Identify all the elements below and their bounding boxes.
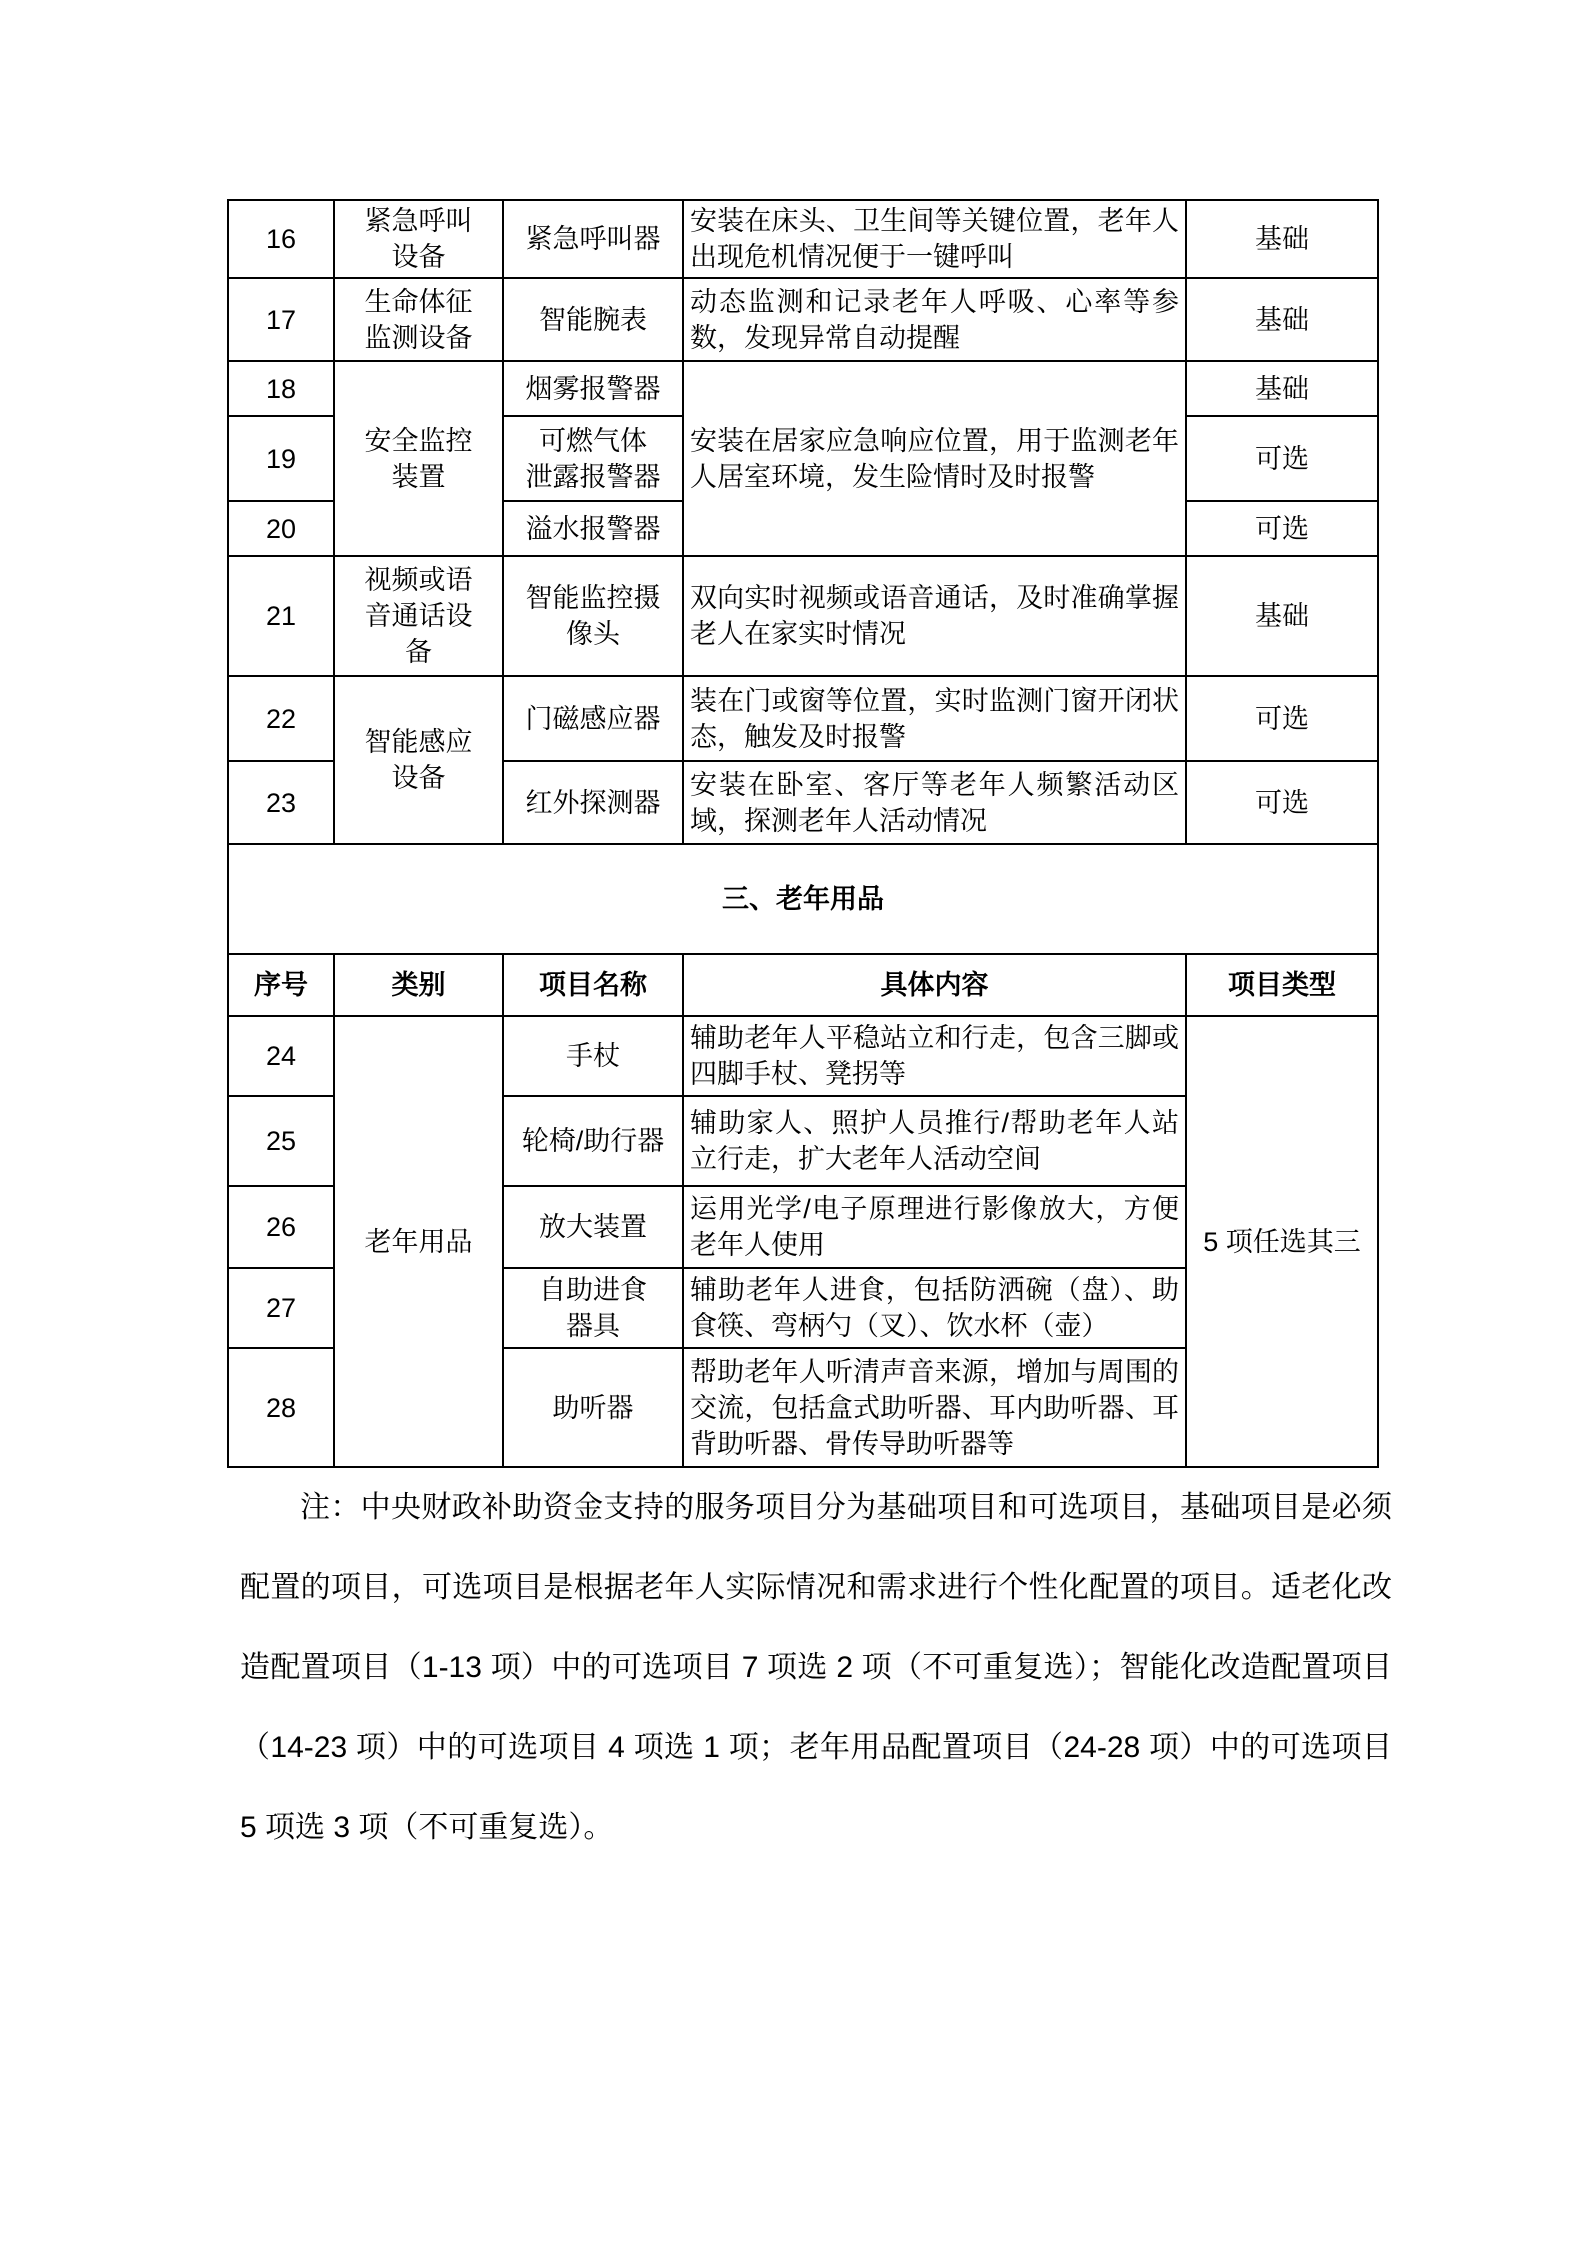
item-name-cell: 智能监控摄 像头 (503, 556, 683, 676)
document-page: 16 紧急呼叫 设备 紧急呼叫器 安装在床头、卫生间等关键位置，老年人出现危机情… (0, 0, 1587, 2245)
serial-cell: 25 (228, 1096, 334, 1186)
type-cell: 可选 (1186, 761, 1378, 844)
content-cell: 辅助家人、照护人员推行/帮助老年人站立行走，扩大老年人活动空间 (683, 1096, 1186, 1186)
table-row-21: 21 视频或语 音通话设 备 智能监控摄 像头 双向实时视频或语音通话，及时准确… (228, 556, 1378, 676)
header-serial: 序号 (228, 954, 334, 1016)
type-cell: 基础 (1186, 278, 1378, 361)
category-cell: 视频或语 音通话设 备 (334, 556, 503, 676)
content-cell: 双向实时视频或语音通话，及时准确掌握老人在家实时情况 (683, 556, 1186, 676)
type-cell: 基础 (1186, 361, 1378, 416)
serial-cell: 27 (228, 1268, 334, 1348)
header-item-name: 项目名称 (503, 954, 683, 1016)
table-row-22: 22 智能感应 设备 门磁感应器 装在门或窗等位置，实时监测门窗开闭状态，触发及… (228, 676, 1378, 761)
item-name-cell: 紧急呼叫器 (503, 200, 683, 278)
content-cell: 运用光学/电子原理进行影像放大，方便老年人使用 (683, 1186, 1186, 1268)
item-name-cell: 手杖 (503, 1016, 683, 1096)
table-row-17: 17 生命体征 监测设备 智能腕表 动态监测和记录老年人呼吸、心率等参数，发现异… (228, 278, 1378, 361)
content-cell: 装在门或窗等位置，实时监测门窗开闭状态，触发及时报警 (683, 676, 1186, 761)
section-title-row: 三、老年用品 (228, 844, 1378, 954)
category-cell-merged: 安全监控 装置 (334, 361, 503, 556)
type-cell: 基础 (1186, 200, 1378, 278)
header-content: 具体内容 (683, 954, 1186, 1016)
category-cell-merged: 老年用品 (334, 1016, 503, 1467)
type-cell: 基础 (1186, 556, 1378, 676)
item-name-cell: 门磁感应器 (503, 676, 683, 761)
item-name-cell: 可燃气体 泄露报警器 (503, 416, 683, 501)
footnote: 注：中央财政补助资金支持的服务项目分为基础项目和可选项目，基础项目是必须配置的项… (240, 1468, 1392, 1868)
item-name-cell: 智能腕表 (503, 278, 683, 361)
serial-cell: 19 (228, 416, 334, 501)
serial-cell: 16 (228, 200, 334, 278)
content-cell: 帮助老年人听清声音来源，增加与周围的交流，包括盒式助听器、耳内助听器、耳背助听器… (683, 1348, 1186, 1467)
serial-cell: 21 (228, 556, 334, 676)
type-cell-merged: 5 项任选其三 (1186, 1016, 1378, 1467)
content-cell: 安装在床头、卫生间等关键位置，老年人出现危机情况便于一键呼叫 (683, 200, 1186, 278)
category-cell: 生命体征 监测设备 (334, 278, 503, 361)
item-name-cell: 溢水报警器 (503, 501, 683, 556)
serial-cell: 22 (228, 676, 334, 761)
content-cell-merged: 安装在居家应急响应位置，用于监测老年人居室环境，发生险情时及时报警 (683, 361, 1186, 556)
type-cell: 可选 (1186, 676, 1378, 761)
serial-cell: 20 (228, 501, 334, 556)
elderly-service-items-table: 16 紧急呼叫 设备 紧急呼叫器 安装在床头、卫生间等关键位置，老年人出现危机情… (227, 199, 1379, 1468)
serial-cell: 26 (228, 1186, 334, 1268)
content-cell: 辅助老年人平稳站立和行走，包含三脚或四脚手杖、凳拐等 (683, 1016, 1186, 1096)
type-cell: 可选 (1186, 501, 1378, 556)
item-name-cell: 烟雾报警器 (503, 361, 683, 416)
serial-cell: 28 (228, 1348, 334, 1467)
table-row-18: 18 安全监控 装置 烟雾报警器 安装在居家应急响应位置，用于监测老年人居室环境… (228, 361, 1378, 416)
table-row-16: 16 紧急呼叫 设备 紧急呼叫器 安装在床头、卫生间等关键位置，老年人出现危机情… (228, 200, 1378, 278)
table-row-24: 24 老年用品 手杖 辅助老年人平稳站立和行走，包含三脚或四脚手杖、凳拐等 5 … (228, 1016, 1378, 1096)
serial-cell: 24 (228, 1016, 334, 1096)
serial-cell: 17 (228, 278, 334, 361)
header-type: 项目类型 (1186, 954, 1378, 1016)
table-header-row: 序号 类别 项目名称 具体内容 项目类型 (228, 954, 1378, 1016)
category-cell: 紧急呼叫 设备 (334, 200, 503, 278)
item-name-cell: 自助进食 器具 (503, 1268, 683, 1348)
section-title: 三、老年用品 (228, 844, 1378, 954)
serial-cell: 18 (228, 361, 334, 416)
category-cell-merged: 智能感应 设备 (334, 676, 503, 844)
content-cell: 安装在卧室、客厅等老年人频繁活动区域，探测老年人活动情况 (683, 761, 1186, 844)
item-name-cell: 助听器 (503, 1348, 683, 1467)
content-cell: 动态监测和记录老年人呼吸、心率等参数，发现异常自动提醒 (683, 278, 1186, 361)
item-name-cell: 轮椅/助行器 (503, 1096, 683, 1186)
type-cell: 可选 (1186, 416, 1378, 501)
content-cell: 辅助老年人进食，包括防洒碗（盘）、助食筷、弯柄勺（叉）、饮水杯（壶） (683, 1268, 1186, 1348)
item-name-cell: 放大装置 (503, 1186, 683, 1268)
header-category: 类别 (334, 954, 503, 1016)
serial-cell: 23 (228, 761, 334, 844)
item-name-cell: 红外探测器 (503, 761, 683, 844)
